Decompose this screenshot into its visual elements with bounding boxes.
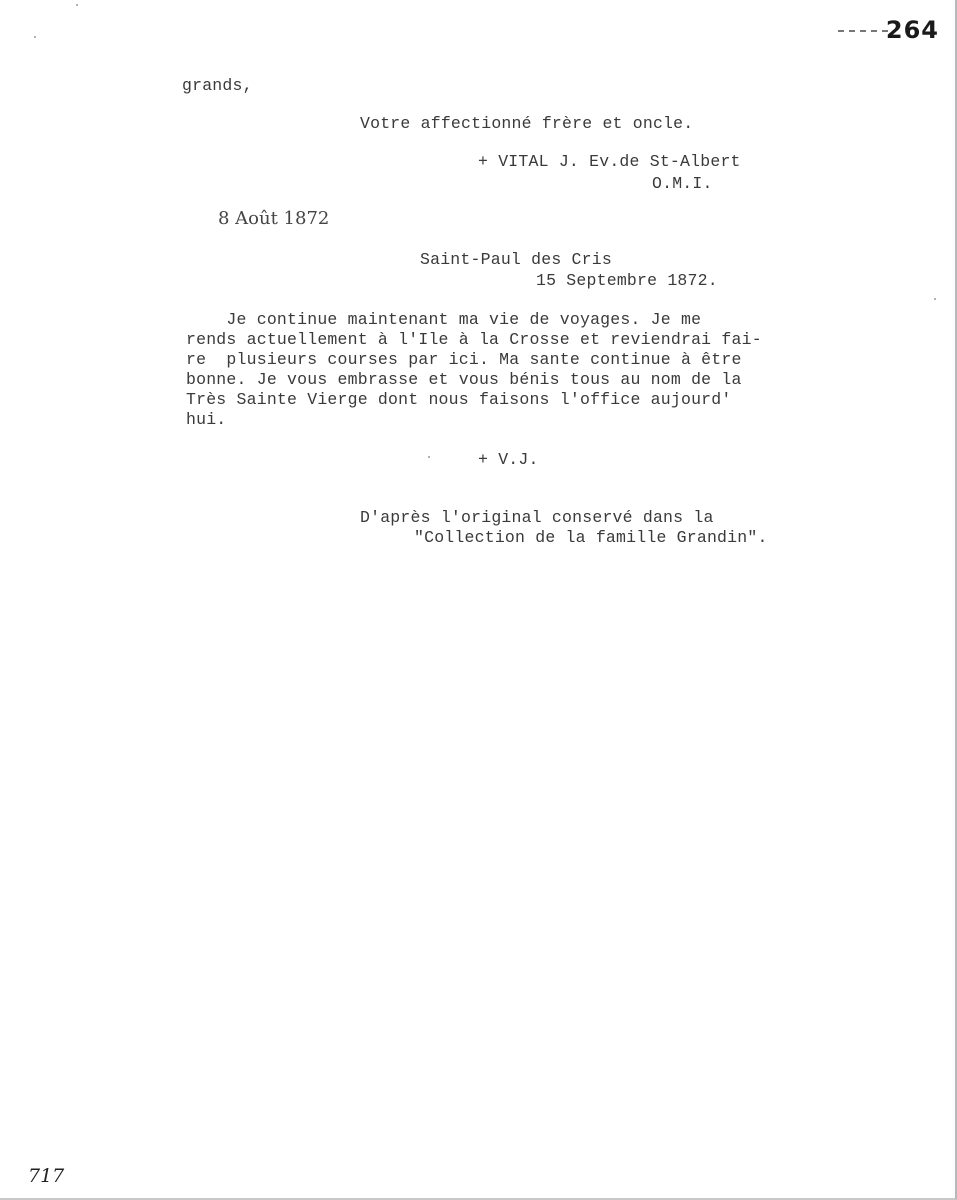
letter-signature: + V.J.: [478, 450, 539, 470]
source-note-line1: D'après l'original conservé dans la: [360, 508, 714, 528]
document-page: 264 grands, Votre affectionné frère et o…: [0, 0, 957, 1200]
body-line: hui.: [186, 410, 226, 430]
scan-speck: [428, 456, 430, 458]
source-note-line2: "Collection de la famille Grandin".: [414, 528, 768, 548]
closing-signature-order: O.M.I.: [652, 174, 713, 194]
body-line: re plusieurs courses par ici. Ma sante c…: [186, 350, 742, 370]
scan-speck: [76, 4, 78, 6]
page-number-dashes: [838, 30, 888, 32]
closing-salutation: Votre affectionné frère et oncle.: [360, 114, 693, 134]
scan-speck: [34, 36, 36, 38]
letter-date: 15 Septembre 1872.: [536, 271, 718, 291]
body-line: bonne. Je vous embrasse et vous bénis to…: [186, 370, 742, 390]
body-line: Je continue maintenant ma vie de voyages…: [186, 310, 701, 330]
page-number: 264: [886, 16, 939, 44]
closing-continuation: grands,: [182, 76, 253, 96]
scan-speck: [934, 298, 936, 300]
archive-number: 717: [28, 1165, 64, 1187]
closing-signature: + VITAL J. Ev.de St-Albert: [478, 152, 741, 172]
body-line: rends actuellement à l'Ile à la Crosse e…: [186, 330, 762, 350]
letter-place: Saint-Paul des Cris: [420, 250, 612, 270]
body-line: Très Sainte Vierge dont nous faisons l'o…: [186, 390, 732, 410]
handwritten-date: 8 Août 1872: [218, 208, 329, 229]
